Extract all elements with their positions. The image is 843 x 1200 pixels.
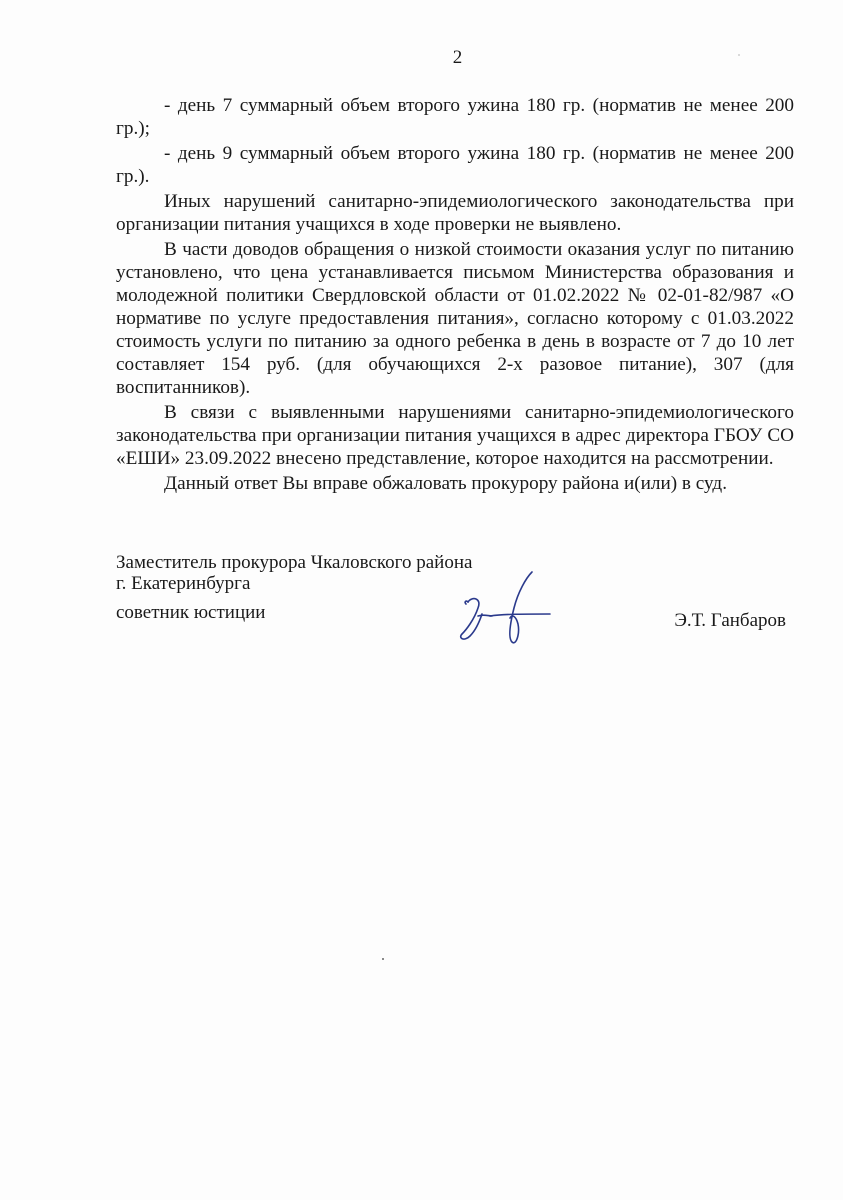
letter-body: - день 7 суммарный объем второго ужина 1…: [116, 94, 794, 497]
paragraph-day9-violation: - день 9 суммарный объем второго ужина 1…: [116, 142, 794, 188]
paragraph-day7-violation: - день 7 суммарный объем второго ужина 1…: [116, 94, 794, 140]
signature-block: Заместитель прокурора Чкаловского района…: [116, 552, 794, 662]
paragraph-representation: В связи с выявленными нарушениями санита…: [116, 401, 794, 470]
paragraph-meal-cost: В части доводов обращения о низкой стоим…: [116, 238, 794, 399]
page-number: 2: [0, 47, 843, 69]
signatory-position: Заместитель прокурора Чкаловского района…: [116, 552, 472, 594]
signatory-name: Э.Т. Ганбаров: [674, 610, 786, 631]
handwritten-signature-icon: [454, 568, 554, 648]
scan-speck: [382, 958, 384, 960]
document-page: 2 - день 7 суммарный объем второго ужина…: [0, 0, 843, 1200]
signatory-position-line1: Заместитель прокурора Чкаловского района: [116, 552, 472, 573]
paragraph-appeal-notice: Данный ответ Вы вправе обжаловать прокур…: [116, 472, 794, 495]
signatory-rank: советник юстиции: [116, 602, 265, 623]
scan-speck: [738, 54, 740, 56]
paragraph-no-other-violations: Иных нарушений санитарно-эпидемиологичес…: [116, 190, 794, 236]
signatory-position-line2: г. Екатеринбурга: [116, 573, 472, 594]
